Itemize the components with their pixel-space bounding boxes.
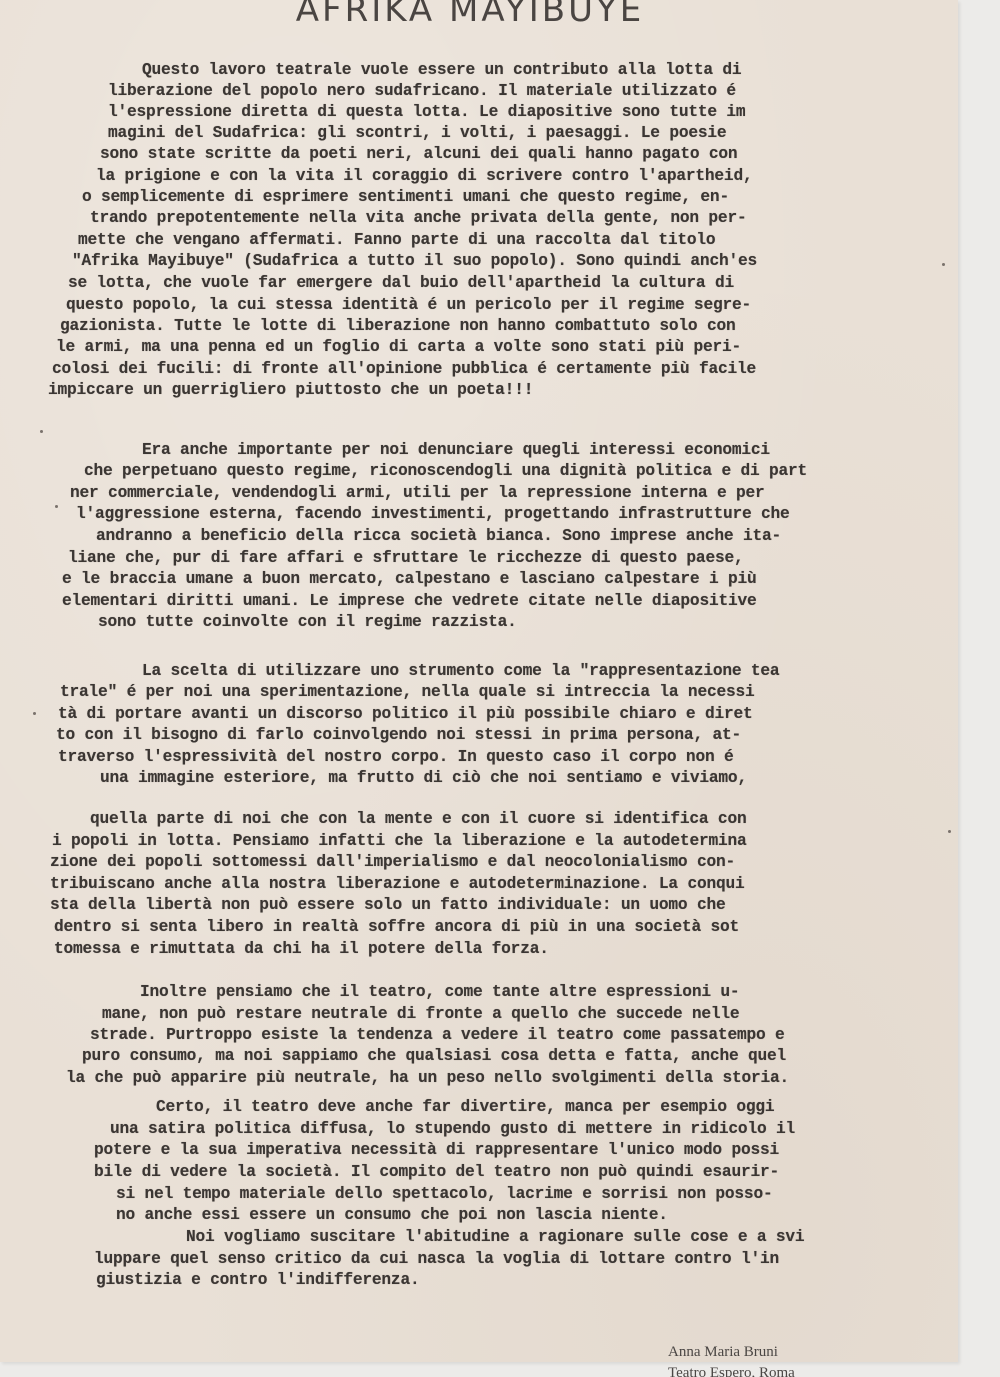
- text-line: Questo lavoro teatrale vuole essere un c…: [142, 60, 741, 80]
- text-line: impiccare un guerrigliero piuttosto che …: [48, 380, 533, 400]
- text-line: magini del Sudafrica: gli scontri, i vol…: [108, 123, 726, 143]
- text-line: to con il bisogno di farlo coinvolgendo …: [56, 725, 741, 745]
- text-line: strade. Purtroppo esiste la tendenza a v…: [90, 1025, 785, 1045]
- text-line: una satira politica diffusa, lo stupendo…: [110, 1119, 795, 1139]
- text-line: liberazione del popolo nero sudafricano.…: [108, 81, 736, 101]
- author-affiliation: Teatro Espero, Roma: [668, 1363, 795, 1377]
- text-line: giustizia e contro l'indifferenza.: [96, 1270, 419, 1290]
- text-line: l'espressione diretta di questa lotta. L…: [108, 102, 745, 122]
- typewritten-page: AFRIKA MAYIBUYE Questo lavoro teatrale v…: [0, 0, 958, 1362]
- text-line: La scelta di utilizzare uno strumento co…: [142, 661, 779, 681]
- ink-speck: [55, 505, 58, 508]
- text-line: e le braccia umane a buon mercato, calpe…: [62, 569, 757, 589]
- text-line: sta della libertà non può essere solo un…: [50, 895, 726, 915]
- text-line: se lotta, che vuole far emergere dal bui…: [68, 273, 734, 293]
- text-line: l'aggressione esterna, facendo investime…: [76, 504, 790, 524]
- text-line: "Afrika Mayibuye" (Sudafrica a tutto il …: [72, 251, 757, 271]
- ink-speck: [948, 830, 951, 833]
- text-line: i popoli in lotta. Pensiamo infatti che …: [52, 831, 747, 851]
- document-title: AFRIKA MAYIBUYE: [0, 0, 940, 30]
- signature-block: Anna Maria Bruni Teatro Espero, Roma: [668, 1342, 795, 1377]
- text-line: ner commerciale, vendendogli armi, utili…: [70, 483, 765, 503]
- ink-speck: [33, 712, 36, 715]
- text-line: Era anche importante per noi denunciare …: [142, 440, 770, 460]
- text-line: tomessa e rimuttata da chi ha il potere …: [54, 939, 549, 959]
- text-line: mane, non può restare neutrale di fronte…: [102, 1004, 739, 1024]
- text-line: la prigione e con la vita il coraggio di…: [96, 166, 752, 186]
- text-line: luppare quel senso critico da cui nasca …: [94, 1249, 779, 1269]
- text-line: tribuiscano anche alla nostra liberazion…: [50, 874, 745, 894]
- text-line: si nel tempo materiale dello spettacolo,…: [116, 1184, 772, 1204]
- text-line: zione dei popoli sottomessi dall'imperia…: [50, 852, 735, 872]
- text-line: colosi dei fucili: di fronte all'opinion…: [52, 359, 756, 379]
- text-line: che perpetuano questo regime, riconoscen…: [84, 461, 807, 481]
- text-line: una immagine esteriore, ma frutto di ciò…: [100, 768, 747, 788]
- text-line: Certo, il teatro deve anche far divertir…: [156, 1097, 774, 1117]
- ink-speck: [942, 263, 945, 266]
- text-line: sono state scritte da poeti neri, alcuni…: [100, 144, 737, 164]
- text-line: dentro si senta libero in realtà soffre …: [54, 917, 739, 937]
- text-line: puro consumo, ma noi sappiamo che qualsi…: [82, 1046, 786, 1066]
- text-line: sono tutte coinvolte con il regime razzi…: [98, 612, 517, 632]
- text-line: no anche essi essere un consumo che poi …: [116, 1205, 668, 1225]
- text-line: questo popolo, la cui stessa identità é …: [66, 295, 751, 315]
- text-line: o semplicemente di esprimere sentimenti …: [82, 187, 729, 207]
- text-line: andranno a beneficio della ricca società…: [96, 526, 781, 546]
- text-line: trando prepotentemente nella vita anche …: [90, 208, 746, 228]
- text-line: liane che, pur di fare affari e sfruttar…: [68, 548, 744, 568]
- text-line: la che può apparire più neutrale, ha un …: [66, 1068, 789, 1088]
- text-line: trale" é per noi una sperimentazione, ne…: [60, 682, 755, 702]
- text-line: tà di portare avanti un discorso politic…: [58, 704, 753, 724]
- author-name: Anna Maria Bruni: [668, 1342, 795, 1363]
- text-line: quella parte di noi che con la mente e c…: [90, 809, 746, 829]
- text-line: gazionista. Tutte le lotte di liberazion…: [60, 316, 736, 336]
- text-line: le armi, ma una penna ed un foglio di ca…: [56, 337, 741, 357]
- text-line: potere e la sua imperativa necessità di …: [94, 1140, 779, 1160]
- text-line: Noi vogliamo suscitare l'abitudine a rag…: [186, 1227, 804, 1247]
- text-line: Inoltre pensiamo che il teatro, come tan…: [140, 982, 739, 1002]
- text-line: traverso l'espressività del nostro corpo…: [58, 747, 734, 767]
- text-line: bile di vedere la società. Il compito de…: [94, 1162, 779, 1182]
- text-line: elementari diritti umani. Le imprese che…: [62, 591, 757, 611]
- text-line: mette che vengano affermati. Fanno parte…: [78, 230, 715, 250]
- ink-speck: [40, 430, 43, 433]
